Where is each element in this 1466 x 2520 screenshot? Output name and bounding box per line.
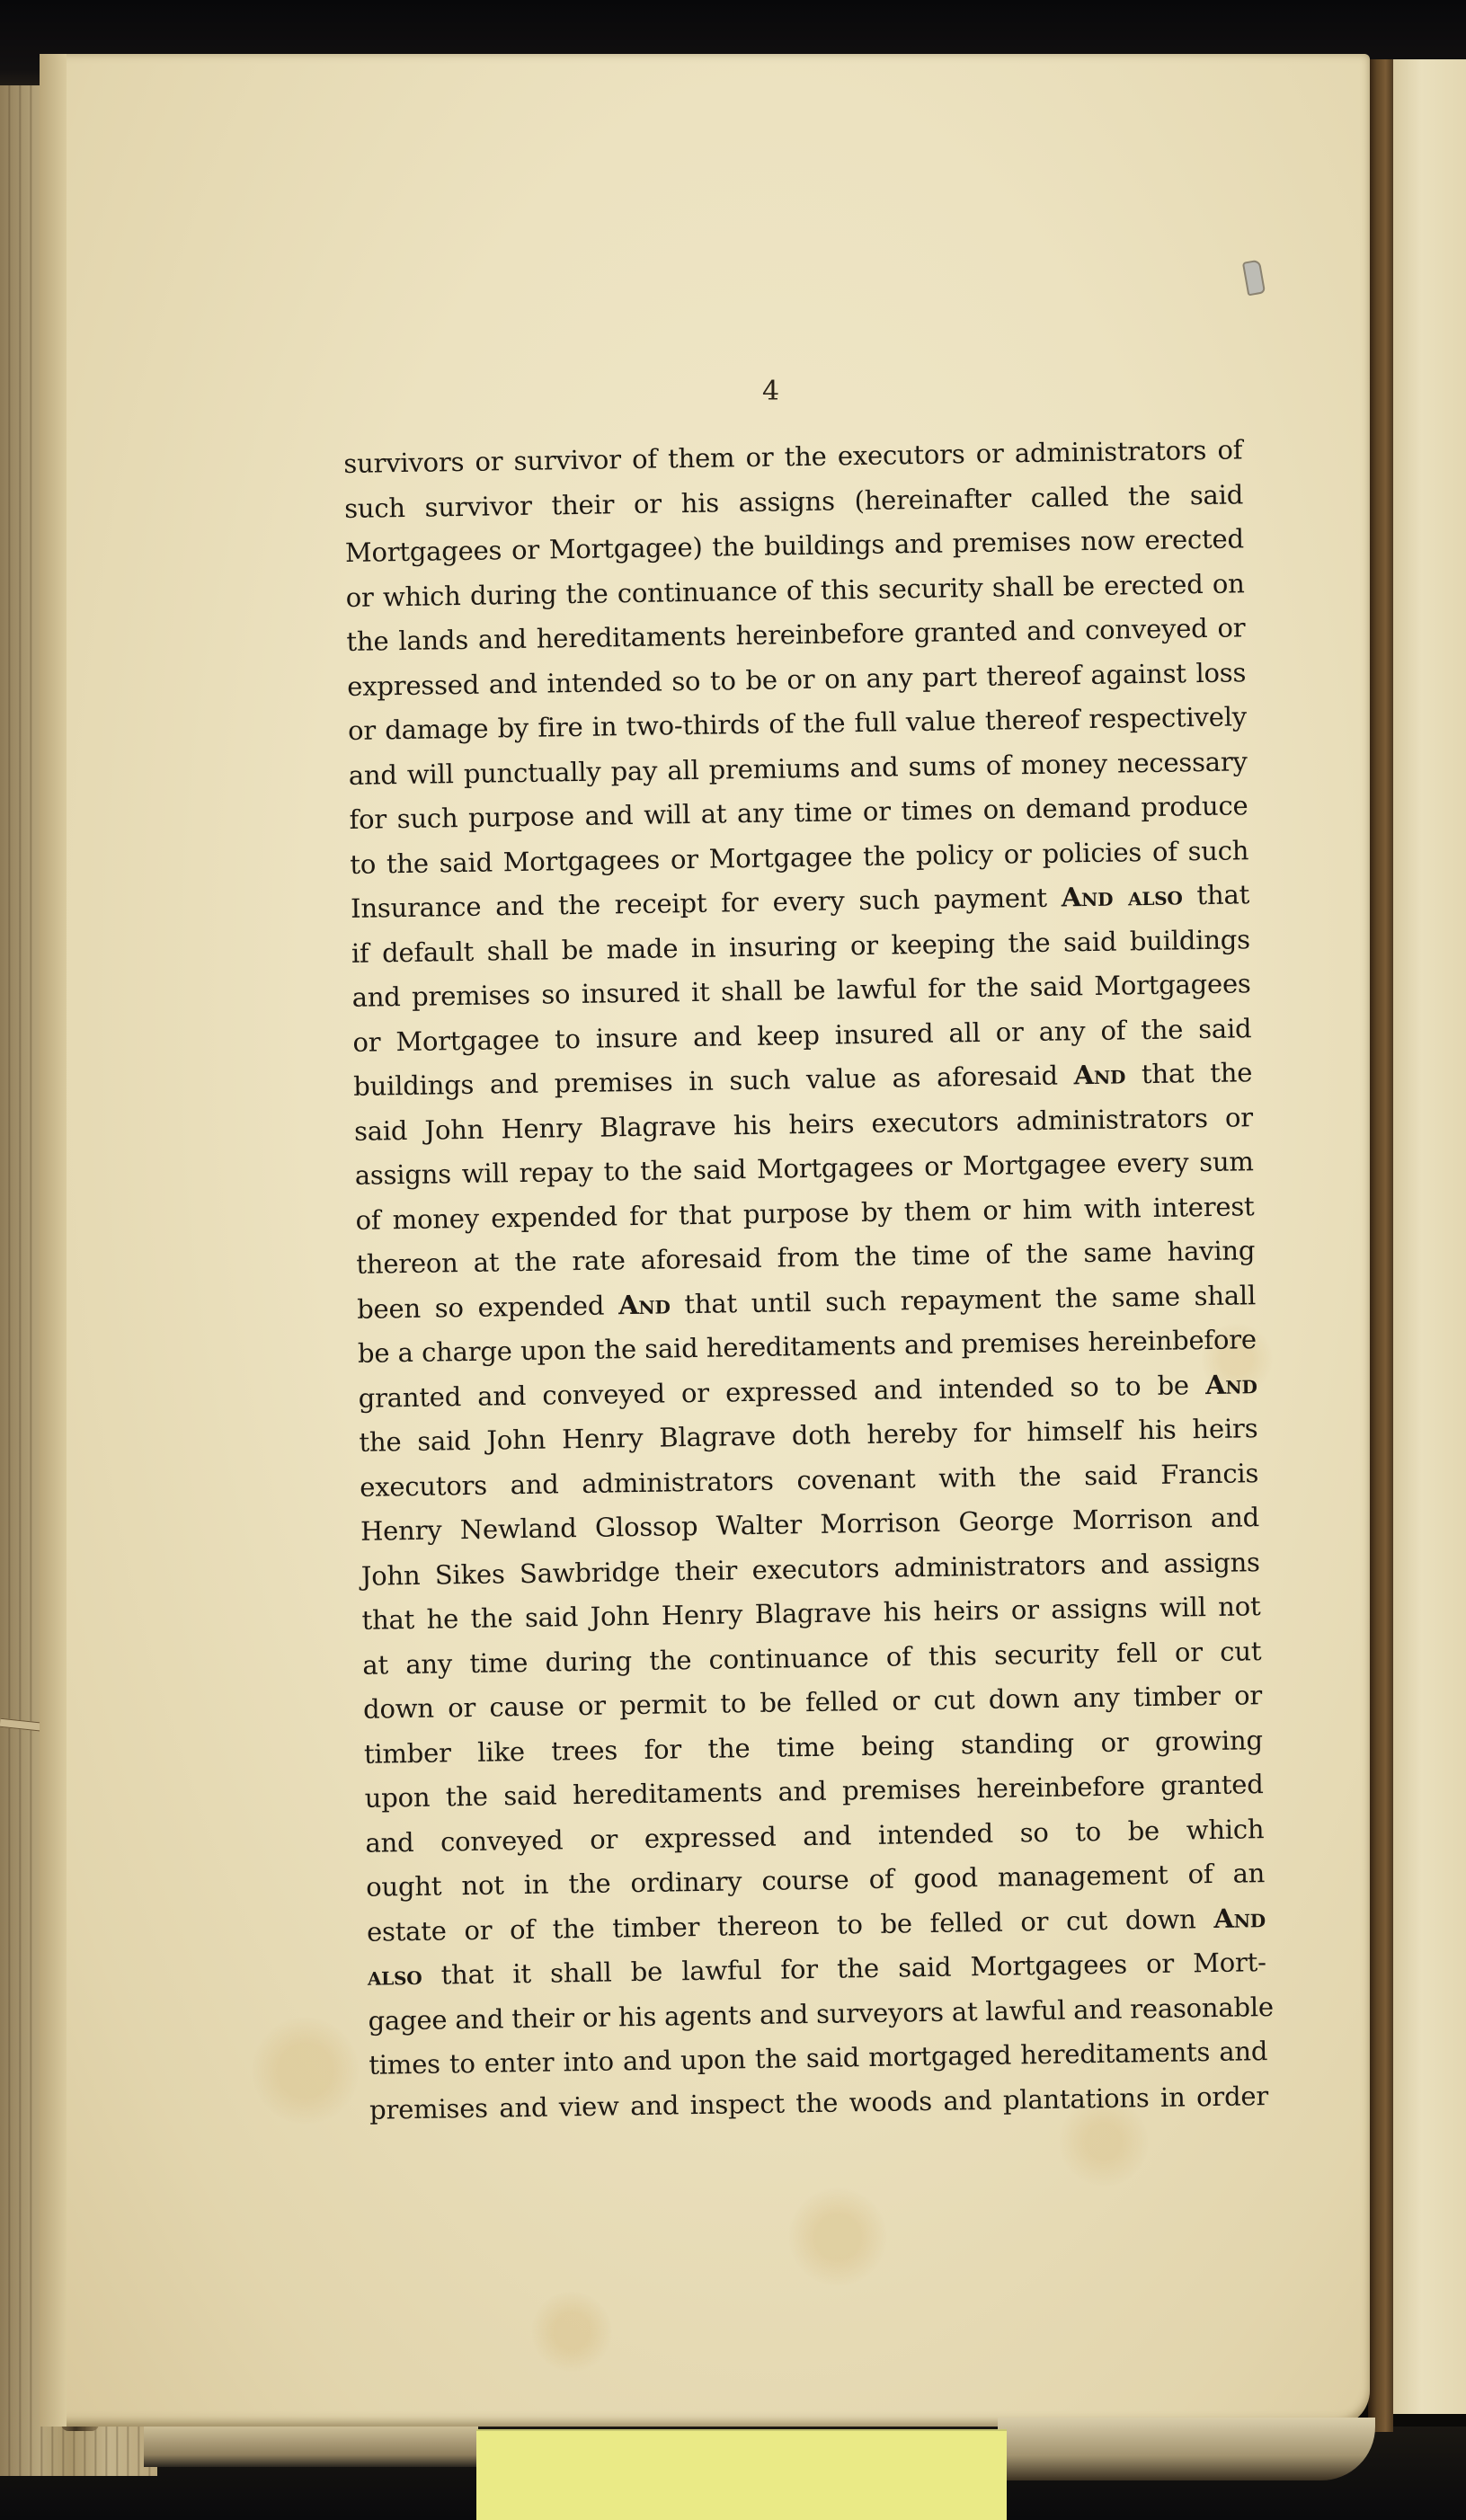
- line-text: or damage by fire in two-thirds of the f…: [348, 701, 1247, 746]
- line-text: if default shall be made in insuring or …: [351, 924, 1250, 969]
- line-text: timber like trees for the time being sta…: [364, 1725, 1263, 1770]
- yellow-bookmark-tab: [476, 2429, 1007, 2520]
- small-caps-keyword: also: [368, 1960, 422, 1992]
- page-number: 4: [762, 376, 779, 407]
- line-text: survivors or survivor of them or the exe…: [343, 434, 1242, 479]
- line-text: granted and conveyed or expressed and in…: [358, 1370, 1189, 1414]
- line-text: expressed and intended so to be or on an…: [347, 657, 1246, 702]
- line-text: buildings and premises in such value as …: [353, 1060, 1058, 1102]
- line-text: or which during the continuance of this …: [345, 568, 1244, 613]
- small-caps-keyword: And: [1213, 1903, 1266, 1934]
- line-text: assigns will repay to the said Mortgagee…: [355, 1146, 1254, 1191]
- small-caps-keyword: And also: [1061, 880, 1182, 912]
- line-text: upon the said hereditaments and premises…: [364, 1769, 1263, 1814]
- line-text: been so expended: [357, 1290, 605, 1324]
- small-caps-keyword: And: [1073, 1059, 1125, 1090]
- line-text: ought not in the ordinary course of good…: [366, 1858, 1265, 1903]
- line-text: that: [1196, 879, 1249, 910]
- line-text: Henry Newland Glossop Walter Morrison Ge…: [360, 1502, 1259, 1547]
- page-inner-margin: [40, 54, 67, 2427]
- line-text: thereon at the rate aforesaid from the t…: [356, 1235, 1255, 1280]
- line-text: the said John Henry Blagrave doth hereby…: [359, 1413, 1257, 1458]
- line-text: at any time during the continuance of th…: [362, 1636, 1261, 1681]
- line-text: and will punctually pay all premiums and…: [349, 746, 1248, 791]
- line-text: down or cause or permit to be felled or …: [363, 1680, 1262, 1725]
- line-text: to the said Mortgagees or Mortgagee the …: [350, 835, 1248, 880]
- line-text: that until such repayment the same shall: [684, 1280, 1256, 1319]
- line-text: times to enter into and upon the said mo…: [369, 2036, 1267, 2081]
- line-text: that the: [1142, 1057, 1253, 1089]
- small-caps-keyword: And: [618, 1289, 671, 1320]
- next-page-edge: [1391, 59, 1466, 2414]
- line-text: and premises so insured it shall be lawf…: [351, 968, 1250, 1013]
- line-text: gagee and their or his agents and survey…: [368, 1991, 1274, 2036]
- line-text: Mortgagees or Mortgagee) the buildings a…: [345, 523, 1244, 568]
- line-text: for such purpose and will at any time or…: [349, 790, 1248, 835]
- line-text: that he the said John Henry Blagrave his…: [361, 1591, 1260, 1636]
- line-text: the lands and hereditaments hereinbefore…: [346, 612, 1245, 657]
- line-text: be a charge upon the said hereditaments …: [358, 1324, 1257, 1369]
- line-text: premises and view and inspect the woods …: [369, 2081, 1268, 2125]
- page-bottom-edge-left: [144, 2427, 478, 2467]
- line-text: Insurance and the receipt for every such…: [351, 883, 1047, 924]
- line-text: and conveyed or expressed and intended s…: [365, 1814, 1264, 1859]
- line-text: or Mortgagee to insure and keep insured …: [352, 1013, 1251, 1058]
- body-text: survivors or survivor of them or the exe…: [343, 428, 1268, 2132]
- small-caps-keyword: And: [1205, 1369, 1257, 1400]
- page-gutter-shadow: [1368, 59, 1393, 2432]
- line-text: such survivor their or his assigns (here…: [344, 479, 1243, 524]
- page-bottom-curl: [998, 2418, 1375, 2480]
- line-text: John Sikes Sawbridge their executors adm…: [361, 1547, 1260, 1592]
- line-text: estate or of the timber thereon to be fe…: [367, 1903, 1196, 1947]
- line-text: executors and administrators covenant wi…: [360, 1458, 1258, 1503]
- line-text: said John Henry Blagrave his heirs execu…: [354, 1102, 1253, 1147]
- line-text: of money expended for that purpose by th…: [355, 1191, 1254, 1236]
- line-text: that it shall be lawful for the said Mor…: [440, 1947, 1266, 1990]
